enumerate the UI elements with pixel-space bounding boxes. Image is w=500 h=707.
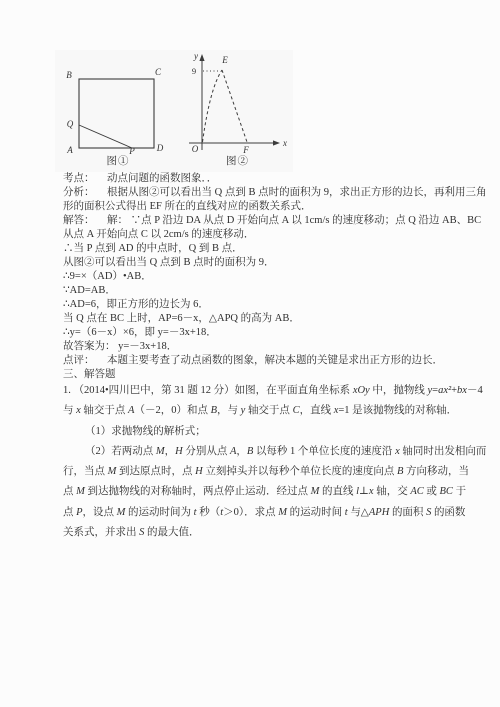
problem1-block: 1. （2014•四川巴中，第 31 题 12 分）如图，在平面直角坐标系 xO… (63, 381, 473, 543)
solution-line: 形的面积公式得出 EF 所在的直线对应的函数关系式． (63, 200, 453, 214)
y-axis-arrow (199, 54, 204, 61)
square-figure-svg: B C A D Q P (57, 58, 179, 154)
label-b: B (66, 70, 72, 80)
problem1-line: 1. （2014•四川巴中，第 31 题 12 分）如图，在平面直角坐标系 xO… (63, 381, 473, 401)
label-e: E (221, 55, 228, 65)
figure1-square-diagram: B C A D Q P (57, 58, 179, 154)
square-outline (79, 79, 154, 148)
solution-line: ∴y=（6－x）×6，即 y=－3x+18． (63, 326, 453, 340)
curve-falling-branch (222, 70, 247, 142)
solution-line-fenxi: 分析：根据从图②可以看出当 Q 点到 B 点时的面积为 9，求出正方形的边长，再… (63, 186, 453, 200)
solution-block: 考点：动点问题的函数图象．． 分析：根据从图②可以看出当 Q 点到 B 点时的面… (63, 172, 453, 382)
document-page: { "figure1": { "caption": "图①", "labels"… (0, 0, 500, 707)
dianping-text: 本题主要考查了动点函数的图象，解决本题的关键是求出正方形的边长． (107, 355, 443, 366)
label-d: D (156, 143, 164, 153)
problem1-part2-line: （2）若两动点 M，H 分别从点 A，B 以每秒 1 个单位长度的速度沿 x 轴… (63, 442, 473, 462)
solution-line: ∴9=×（AD）•AB． (63, 270, 453, 284)
problem1-line: 点 M 到达抛物线的对称轴时，两点停止运动．经过点 M 的直线 l⊥x 轴，交 … (63, 482, 473, 502)
kaodian-text: 动点问题的函数图象．． (107, 173, 217, 184)
solution-line-kaodian: 考点：动点问题的函数图象．． (63, 172, 453, 186)
problem1-line: 关系式，并求出 S 的最大值． (63, 523, 473, 543)
solution-line: ∴当 P 点到 AD 的中点时，Q 到 B 点． (63, 242, 453, 256)
solution-line: 从点 A 开始向点 C 以 2cm/s 的速度移动． (63, 228, 453, 242)
figure2-graph-diagram: y x O 9 E F (185, 52, 290, 154)
solution-line: 故答案为： y=－3x+18． (63, 340, 453, 354)
dianping-label: 点评： (63, 354, 107, 368)
graph-figure-svg: y x O 9 E F (185, 52, 290, 154)
segment-qp (79, 125, 132, 148)
solution-line: 从图②可以看出当 Q 点到 B 点时的面积为 9． (63, 256, 453, 270)
label-x-axis: x (282, 138, 287, 148)
section3-heading: 三、解答题 (63, 368, 453, 382)
figure1-caption: 图① (57, 153, 179, 168)
jieda-label: 解答： (63, 214, 107, 228)
label-c: C (155, 67, 162, 77)
problem1-line: 点 P，设点 M 的运动时间为 t 秒（t＞0）．求点 M 的运动时间 t 与△… (63, 503, 473, 523)
fenxi-text: 根据从图②可以看出当 Q 点到 B 点时的面积为 9，求出正方形的边长，再利用三… (107, 187, 486, 198)
label-y-axis: y (193, 52, 198, 61)
problem1-line: 行，当点 M 到达原点时，点 H 立刻掉头并以每秒个单位长度的速度向点 B 方向… (63, 462, 473, 482)
problem1-part1-line: （1）求抛物线的解析式； (63, 422, 473, 442)
solution-line: ∵AD=AB． (63, 284, 453, 298)
solution-line-dianping: 点评：本题主要考查了动点函数的图象，解决本题的关键是求出正方形的边长． (63, 354, 453, 368)
figure2-caption: 图② (185, 153, 290, 168)
kaodian-label: 考点： (63, 172, 107, 186)
solution-line-jieda: 解答：解： ∵点 P 沿边 DA 从点 D 开始向点 A 以 1cm/s 的速度… (63, 214, 453, 228)
curve-rising-branch (203, 70, 223, 142)
solution-line: 当 Q 点在 BC 上时，AP=6－x，△APQ 的高为 AB． (63, 312, 453, 326)
label-q: Q (67, 119, 74, 129)
fenxi-label: 分析： (63, 186, 107, 200)
jieda-text: 解： ∵点 P 沿边 DA 从点 D 开始向点 A 以 1cm/s 的速度移动；… (107, 215, 481, 226)
x-axis-arrow (273, 140, 280, 145)
problem1-line: 与 x 轴交于点 A（－2，0）和点 B，与 y 轴交于点 C，直线 x=1 是… (63, 401, 473, 421)
solution-line: ∴AD=6，即正方形的边长为 6． (63, 298, 453, 312)
label-nine: 9 (192, 66, 196, 76)
